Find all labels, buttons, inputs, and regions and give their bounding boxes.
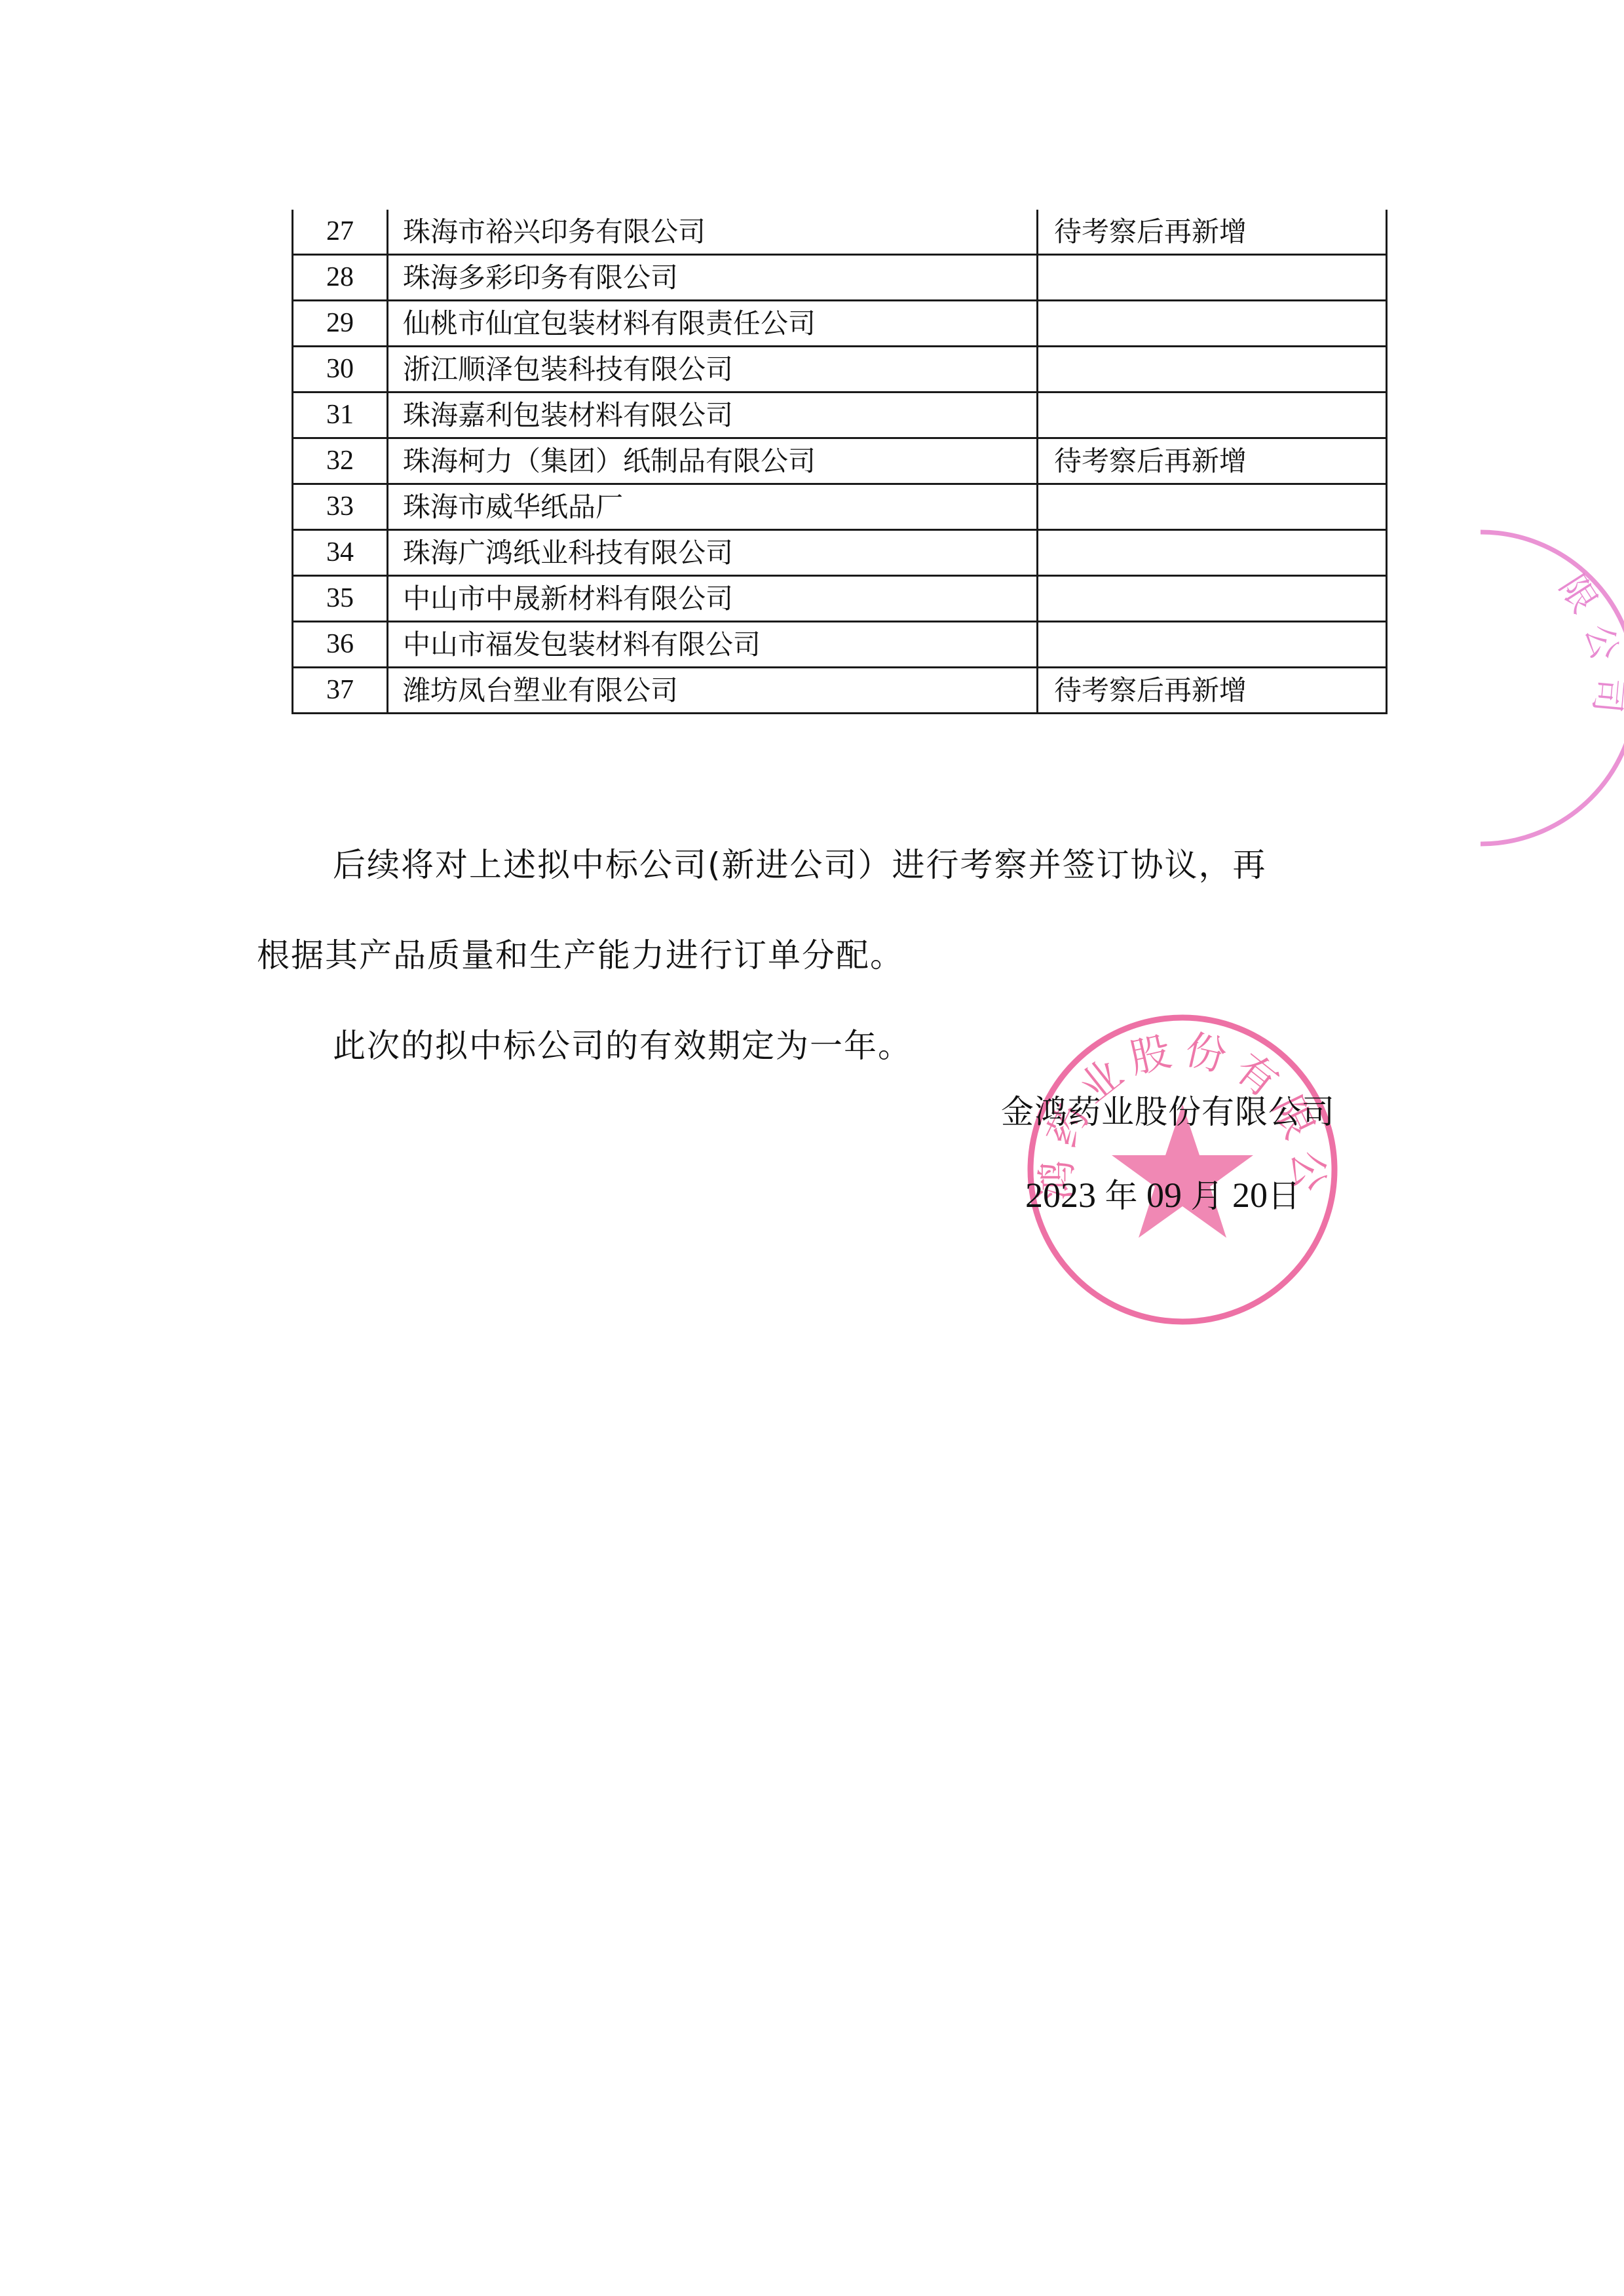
remark-cell bbox=[1038, 392, 1387, 438]
table-row: 28珠海多彩印务有限公司 bbox=[293, 255, 1387, 301]
table-row: 35中山市中晟新材料有限公司 bbox=[293, 576, 1387, 622]
table-row: 37潍坊凤台塑业有限公司待考察后再新增 bbox=[293, 668, 1387, 714]
row-number: 30 bbox=[293, 347, 388, 392]
table-row: 34珠海广鸿纸业科技有限公司 bbox=[293, 530, 1387, 576]
table-row: 36中山市福发包装材料有限公司 bbox=[293, 622, 1387, 668]
signature-date: 2023 年 09 月 20日 bbox=[1025, 1170, 1300, 1217]
paragraph-line-1: 后续将对上述拟中标公司(新进公司）进行考察并签订协议，再 bbox=[333, 839, 1267, 886]
date-day: 20 bbox=[1232, 1176, 1268, 1215]
row-number: 35 bbox=[293, 576, 388, 622]
signature-company: 金鸿药业股份有限公司 bbox=[1001, 1086, 1335, 1133]
table-row: 32珠海柯力（集团）纸制品有限公司待考察后再新增 bbox=[293, 438, 1387, 484]
date-year-unit: 年 bbox=[1105, 1177, 1138, 1215]
row-number: 33 bbox=[293, 484, 388, 530]
supplier-table: 27珠海市裕兴印务有限公司待考察后再新增28珠海多彩印务有限公司29仙桃市仙宜包… bbox=[292, 210, 1388, 714]
supplier-name: 浙江顺泽包装科技有限公司 bbox=[388, 347, 1038, 392]
date-month: 09 bbox=[1146, 1176, 1182, 1215]
remark-cell bbox=[1038, 484, 1387, 530]
table-row: 29仙桃市仙宜包装材料有限责任公司 bbox=[293, 301, 1387, 347]
supplier-name: 珠海嘉利包装材料有限公司 bbox=[388, 392, 1038, 438]
svg-text:限公司: 限公司 bbox=[1551, 568, 1624, 729]
remark-cell bbox=[1038, 255, 1387, 301]
table-row: 33珠海市威华纸品厂 bbox=[293, 484, 1387, 530]
supplier-name: 珠海多彩印务有限公司 bbox=[388, 255, 1038, 301]
remark-cell bbox=[1038, 576, 1387, 622]
remark-cell bbox=[1038, 347, 1387, 392]
supplier-name: 潍坊凤台塑业有限公司 bbox=[388, 668, 1038, 714]
partial-seal-stamp: 限公司 bbox=[1481, 524, 1624, 852]
supplier-name: 珠海市裕兴印务有限公司 bbox=[388, 210, 1038, 255]
date-year: 2023 bbox=[1025, 1176, 1096, 1215]
date-day-unit: 日 bbox=[1268, 1177, 1300, 1215]
remark-cell bbox=[1038, 622, 1387, 668]
supplier-name: 珠海柯力（集团）纸制品有限公司 bbox=[388, 438, 1038, 484]
supplier-name: 中山市福发包装材料有限公司 bbox=[388, 622, 1038, 668]
supplier-name: 珠海市威华纸品厂 bbox=[388, 484, 1038, 530]
table-row: 30浙江顺泽包装科技有限公司 bbox=[293, 347, 1387, 392]
row-number: 27 bbox=[293, 210, 388, 255]
supplier-name: 仙桃市仙宜包装材料有限责任公司 bbox=[388, 301, 1038, 347]
document-page: 27珠海市裕兴印务有限公司待考察后再新增28珠海多彩印务有限公司29仙桃市仙宜包… bbox=[0, 0, 1624, 2296]
row-number: 31 bbox=[293, 392, 388, 438]
row-number: 28 bbox=[293, 255, 388, 301]
row-number: 37 bbox=[293, 668, 388, 714]
remark-cell bbox=[1038, 530, 1387, 576]
supplier-name: 中山市中晟新材料有限公司 bbox=[388, 576, 1038, 622]
paragraph-validity: 此次的拟中标公司的有效期定为一年。 bbox=[333, 1020, 912, 1067]
date-month-unit: 月 bbox=[1191, 1177, 1224, 1215]
remark-cell: 待考察后再新增 bbox=[1038, 668, 1387, 714]
paragraph-line-2: 根据其产品质量和生产能力进行订单分配。 bbox=[257, 929, 904, 976]
remark-cell: 待考察后再新增 bbox=[1038, 438, 1387, 484]
row-number: 32 bbox=[293, 438, 388, 484]
table-row: 27珠海市裕兴印务有限公司待考察后再新增 bbox=[293, 210, 1387, 255]
supplier-name: 珠海广鸿纸业科技有限公司 bbox=[388, 530, 1038, 576]
remark-cell: 待考察后再新增 bbox=[1038, 210, 1387, 255]
table-row: 31珠海嘉利包装材料有限公司 bbox=[293, 392, 1387, 438]
row-number: 36 bbox=[293, 622, 388, 668]
row-number: 34 bbox=[293, 530, 388, 576]
remark-cell bbox=[1038, 301, 1387, 347]
row-number: 29 bbox=[293, 301, 388, 347]
